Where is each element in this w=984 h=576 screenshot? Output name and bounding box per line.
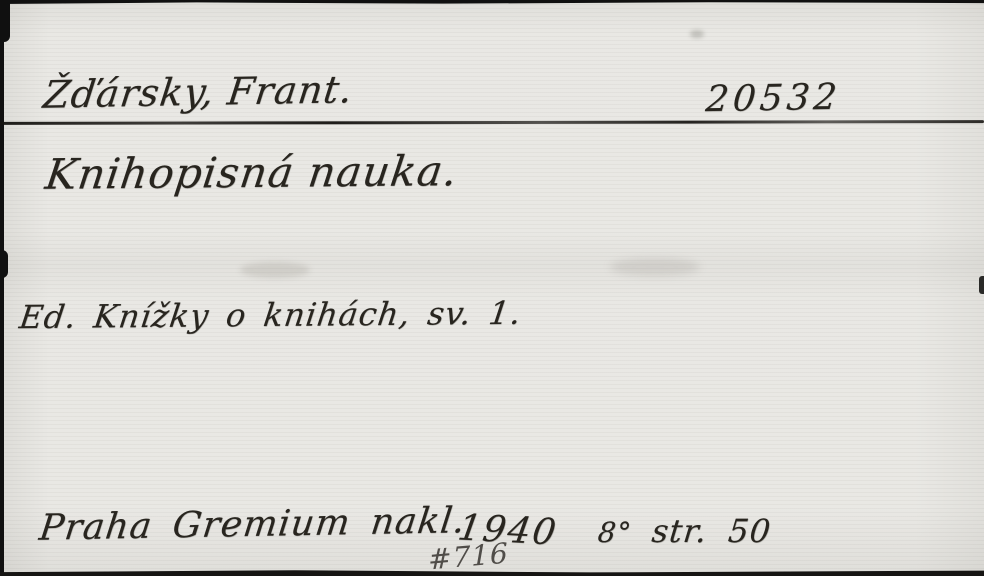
- scan-edge-left: [0, 0, 4, 576]
- scan-edge-tick-right: [979, 276, 984, 294]
- scan-edge-blob-top-left: [0, 0, 10, 42]
- scan-edge-top: [0, 0, 984, 4]
- heading-rule-line: [0, 120, 984, 125]
- series-statement: Ed. Knížky o knihách, sv. 1.: [17, 294, 524, 336]
- page-count: str. 50: [650, 512, 773, 550]
- paper-smudge: [690, 30, 704, 38]
- pencil-note: #716: [428, 536, 509, 576]
- catalog-card-scan: Žďársky, Frant. 20532 Knihopisná nauka. …: [0, 0, 984, 576]
- scan-edge-blob-mid-left: [0, 250, 8, 278]
- book-format: 8°: [596, 516, 633, 549]
- accession-number: 20532: [704, 77, 842, 120]
- paper-smudge: [240, 262, 310, 278]
- imprint-place-publisher: Praha Gremium nakl.: [37, 500, 468, 548]
- author-heading: Žďársky, Frant.: [41, 67, 356, 116]
- book-title: Knihopisná nauka.: [43, 146, 461, 199]
- paper-smudge: [610, 258, 700, 276]
